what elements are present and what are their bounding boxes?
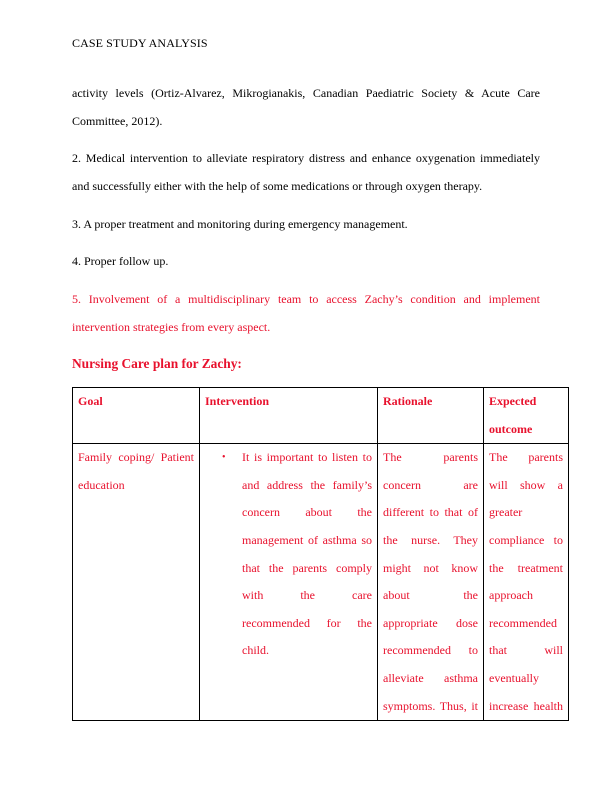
cell-line: the treatment <box>489 555 563 583</box>
list-item-2: 2. Medical intervention to alleviate res… <box>72 145 540 200</box>
para-line: 3. A proper treatment and monitoring dur… <box>72 211 540 239</box>
cell-line: might not know <box>383 555 478 583</box>
para-line: 2. Medical intervention to alleviate res… <box>72 145 540 173</box>
cell-goal: Family coping/ Patient education <box>73 444 200 721</box>
header-rationale: Rationale <box>378 388 484 444</box>
cell-line: compliance to <box>489 527 563 555</box>
cell-line: that will <box>489 637 563 665</box>
header-goal: Goal <box>73 388 200 444</box>
list-item-5: 5. Involvement of a multidisciplinary te… <box>72 286 540 341</box>
table-row: Family coping/ Patient education • It is… <box>73 444 569 721</box>
cell-line: concern are <box>383 472 478 500</box>
cell-line: different to that of <box>383 499 478 527</box>
cell-line: recommended <box>489 610 563 638</box>
cell-line: Family coping/ Patient <box>78 444 194 472</box>
cell-line: will show a <box>489 472 563 500</box>
para-line: 4. Proper follow up. <box>72 248 540 276</box>
cell-line: It is important to listen to <box>242 444 372 472</box>
para-line: intervention strategies from every aspec… <box>72 314 540 342</box>
cell-line: The parents <box>383 444 478 472</box>
cell-line: concern about the <box>242 499 372 527</box>
cell-line: about the <box>383 582 478 610</box>
cell-line: increase health <box>489 693 563 721</box>
cell-line: eventually <box>489 665 563 693</box>
header-expected-line: outcome <box>489 416 563 444</box>
cell-intervention: • It is important to listen to and addre… <box>200 444 378 721</box>
header-expected-outcome: Expected outcome <box>484 388 569 444</box>
cell-line: child. <box>242 637 372 665</box>
nursing-care-plan-table: Goal Intervention Rationale Expected out… <box>72 387 569 721</box>
paragraph-activity-levels: activity levels (Ortiz-Alvarez, Mikrogia… <box>72 80 540 135</box>
cell-line: management of asthma so <box>242 527 372 555</box>
list-item-4: 4. Proper follow up. <box>72 248 540 276</box>
cell-line: appropriate dose <box>383 610 478 638</box>
cell-line: that the parents comply <box>242 555 372 583</box>
cell-line: symptoms. Thus, it <box>383 693 478 721</box>
cell-line: recommended for the <box>242 610 372 638</box>
cell-line: alleviate asthma <box>383 665 478 693</box>
cell-line: with the care <box>242 582 372 610</box>
cell-line: education <box>78 472 194 500</box>
bullet-item: • It is important to listen to and addre… <box>205 444 372 665</box>
cell-line: The parents <box>489 444 563 472</box>
section-heading: Nursing Care plan for Zachy: <box>72 356 242 372</box>
para-line: Committee, 2012). <box>72 108 540 136</box>
cell-rationale: The parents concern are different to tha… <box>378 444 484 721</box>
list-item-3: 3. A proper treatment and monitoring dur… <box>72 211 540 239</box>
para-line: 5. Involvement of a multidisciplinary te… <box>72 286 540 314</box>
cell-line: and address the family’s <box>242 472 372 500</box>
header-expected-line: Expected <box>489 388 563 416</box>
cell-expected-outcome: The parents will show a greater complian… <box>484 444 569 721</box>
para-line: activity levels (Ortiz-Alvarez, Mikrogia… <box>72 80 540 108</box>
running-header: CASE STUDY ANALYSIS <box>72 36 208 51</box>
cell-line: recommended to <box>383 637 478 665</box>
para-line: and successfully either with the help of… <box>72 173 540 201</box>
table-header-row: Goal Intervention Rationale Expected out… <box>73 388 569 444</box>
bullet-icon: • <box>222 444 226 472</box>
cell-line: greater <box>489 499 563 527</box>
cell-line: approach <box>489 582 563 610</box>
cell-line: the nurse. They <box>383 527 478 555</box>
header-intervention: Intervention <box>200 388 378 444</box>
